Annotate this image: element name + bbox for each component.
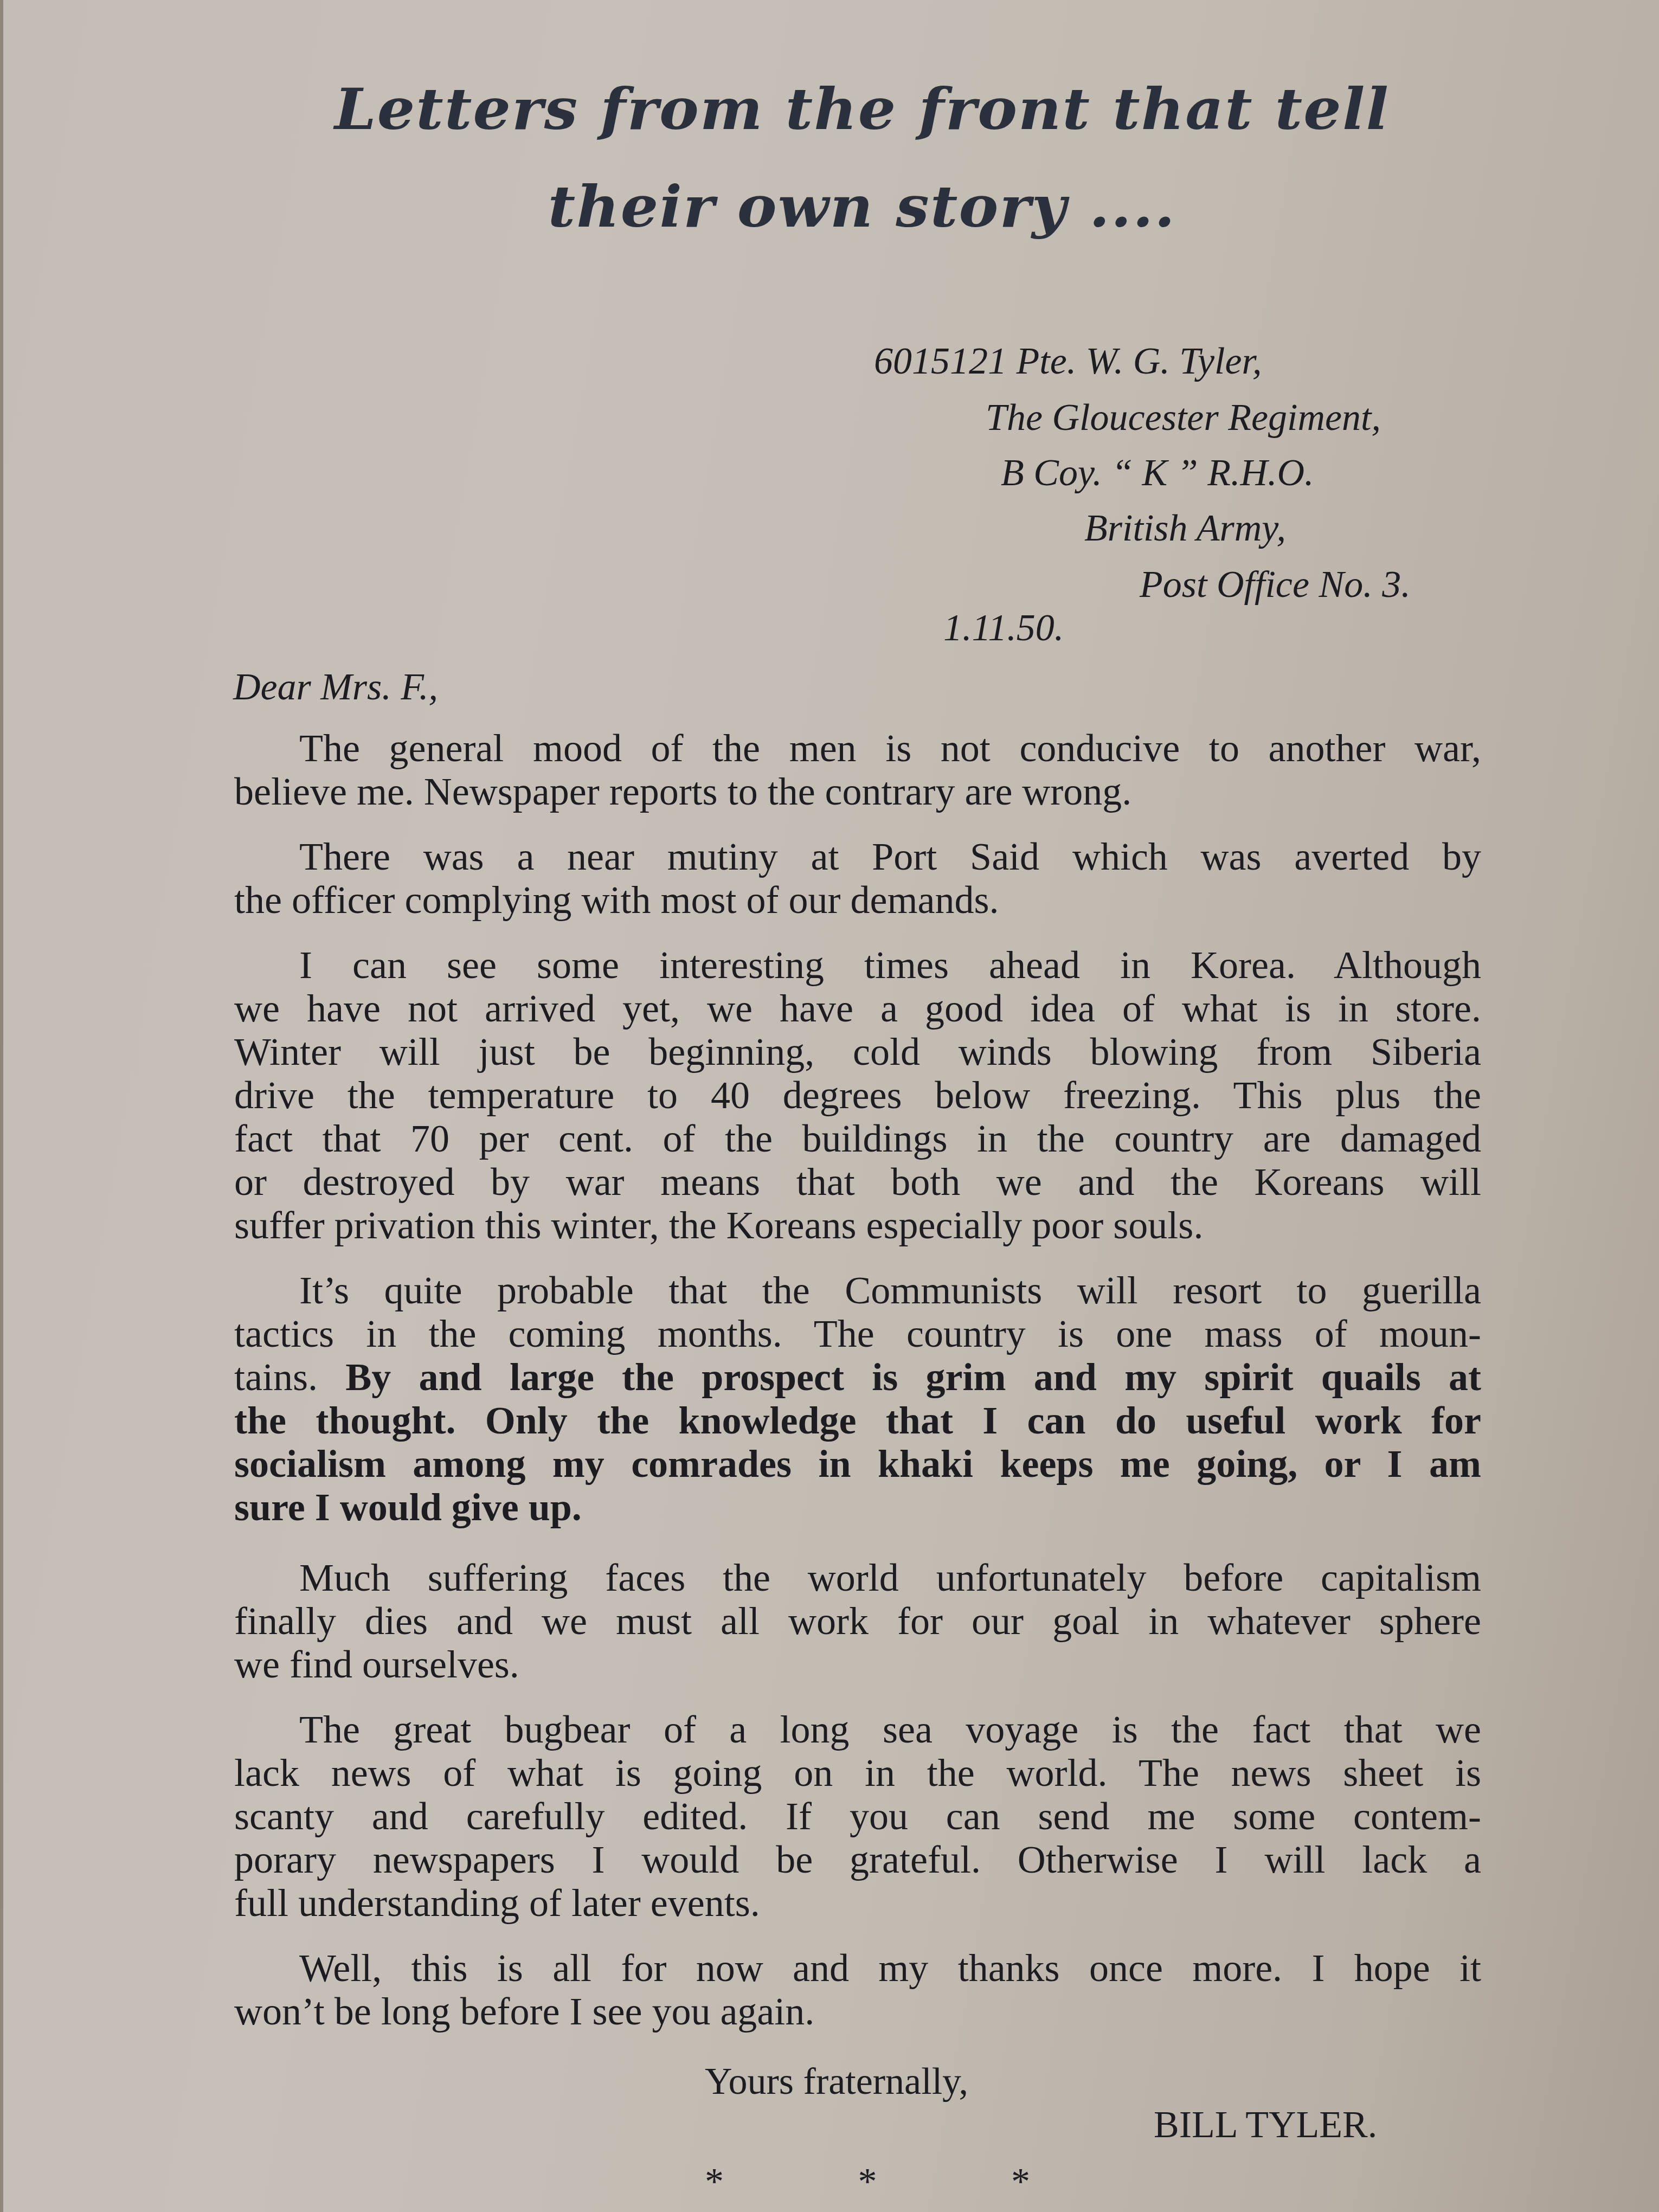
paragraph-5: Much suffering faces the world unfortuna… bbox=[234, 1556, 1481, 1686]
paragraph-6: The great bugbear of a long sea voyage i… bbox=[234, 1708, 1481, 1925]
paragraph-7: Well, this is all for now and my thanks … bbox=[234, 1946, 1481, 2033]
emphasized-line: socialism among my comrades in khaki kee… bbox=[234, 1442, 1481, 1486]
address-line-regiment: The Gloucester Regiment, bbox=[986, 399, 1381, 437]
salutation: Dear Mrs. F., bbox=[233, 666, 438, 709]
asterisk-icon: * bbox=[705, 2160, 724, 2204]
paragraph-line: There was a near mutiny at Port Said whi… bbox=[234, 835, 1481, 878]
paragraph-line: drive the temperature to 40 degrees belo… bbox=[234, 1073, 1481, 1117]
paragraph-line: believe me. Newspaper reports to the con… bbox=[234, 770, 1481, 813]
paragraph-4: It’s quite probable that the Communists … bbox=[234, 1269, 1481, 1529]
letter-date: 1.11.50. bbox=[943, 609, 1064, 647]
paragraph-line: It’s quite probable that the Communists … bbox=[234, 1269, 1481, 1312]
printed-page: Letters from the front that tell their o… bbox=[0, 0, 1659, 2212]
paragraph-line: or destroyed by war means that both we a… bbox=[234, 1160, 1481, 1204]
paragraph-line: tactics in the coming months. The countr… bbox=[234, 1312, 1481, 1355]
paragraph-line: The great bugbear of a long sea voyage i… bbox=[234, 1708, 1481, 1751]
emphasized-line: the thought. Only the knowledge that I c… bbox=[234, 1399, 1481, 1442]
emphasized-line: sure I would give up. bbox=[234, 1486, 1481, 1529]
paragraph-line: full understanding of later events. bbox=[234, 1881, 1481, 1925]
paragraph-line: lack news of what is going on in the wor… bbox=[234, 1751, 1481, 1795]
headline-line-2: their own story .... bbox=[0, 173, 1659, 240]
paragraph-line: we find ourselves. bbox=[234, 1643, 1481, 1686]
section-divider: * * * bbox=[705, 2160, 1030, 2204]
address-line-service-number: 6015121 Pte. W. G. Tyler, bbox=[874, 343, 1262, 381]
valediction: Yours fraternally, bbox=[705, 2060, 968, 2104]
paragraph-line: we have not arrived yet, we have a good … bbox=[234, 987, 1481, 1030]
paragraph-line: scanty and carefully edited. If you can … bbox=[234, 1795, 1481, 1838]
paragraph-line: Much suffering faces the world unfortuna… bbox=[234, 1556, 1481, 1599]
paragraph-line: suffer privation this winter, the Korean… bbox=[234, 1204, 1481, 1247]
asterisk-icon: * bbox=[1011, 2160, 1030, 2204]
headline-line-1: Letters from the front that tell bbox=[0, 76, 1659, 143]
page-edge bbox=[0, 0, 3, 2212]
paragraph-1: The general mood of the men is not condu… bbox=[234, 726, 1481, 813]
paragraph-3: I can see some interesting times ahead i… bbox=[234, 943, 1481, 1247]
paragraph-line: Winter will just be beginning, cold wind… bbox=[234, 1030, 1481, 1073]
paragraph-2: There was a near mutiny at Port Said whi… bbox=[234, 835, 1481, 922]
asterisk-icon: * bbox=[858, 2160, 877, 2204]
paragraph-line-mixed: tains. By and large the prospect is grim… bbox=[234, 1355, 1481, 1399]
paragraph-line: I can see some interesting times ahead i… bbox=[234, 943, 1481, 987]
normal-text: tains. bbox=[234, 1355, 345, 1399]
address-line-post-office: Post Office No. 3. bbox=[1140, 566, 1411, 604]
paragraph-line: finally dies and we must all work for ou… bbox=[234, 1599, 1481, 1643]
signature: BILL TYLER. bbox=[1154, 2104, 1377, 2147]
paragraph-line: porary newspapers I would be grateful. O… bbox=[234, 1838, 1481, 1881]
paragraph-line: Well, this is all for now and my thanks … bbox=[234, 1946, 1481, 1990]
emphasized-text: By and large the prospect is grim and my… bbox=[345, 1355, 1481, 1399]
address-line-company: B Coy. “ K ” R.H.O. bbox=[1001, 454, 1314, 492]
paragraph-line: won’t be long before I see you again. bbox=[234, 1990, 1481, 2033]
paragraph-line: fact that 70 per cent. of the buildings … bbox=[234, 1117, 1481, 1160]
paragraph-line: The general mood of the men is not condu… bbox=[234, 726, 1481, 770]
paragraph-line: the officer complying with most of our d… bbox=[234, 878, 1481, 922]
address-line-army: British Army, bbox=[1084, 510, 1286, 548]
